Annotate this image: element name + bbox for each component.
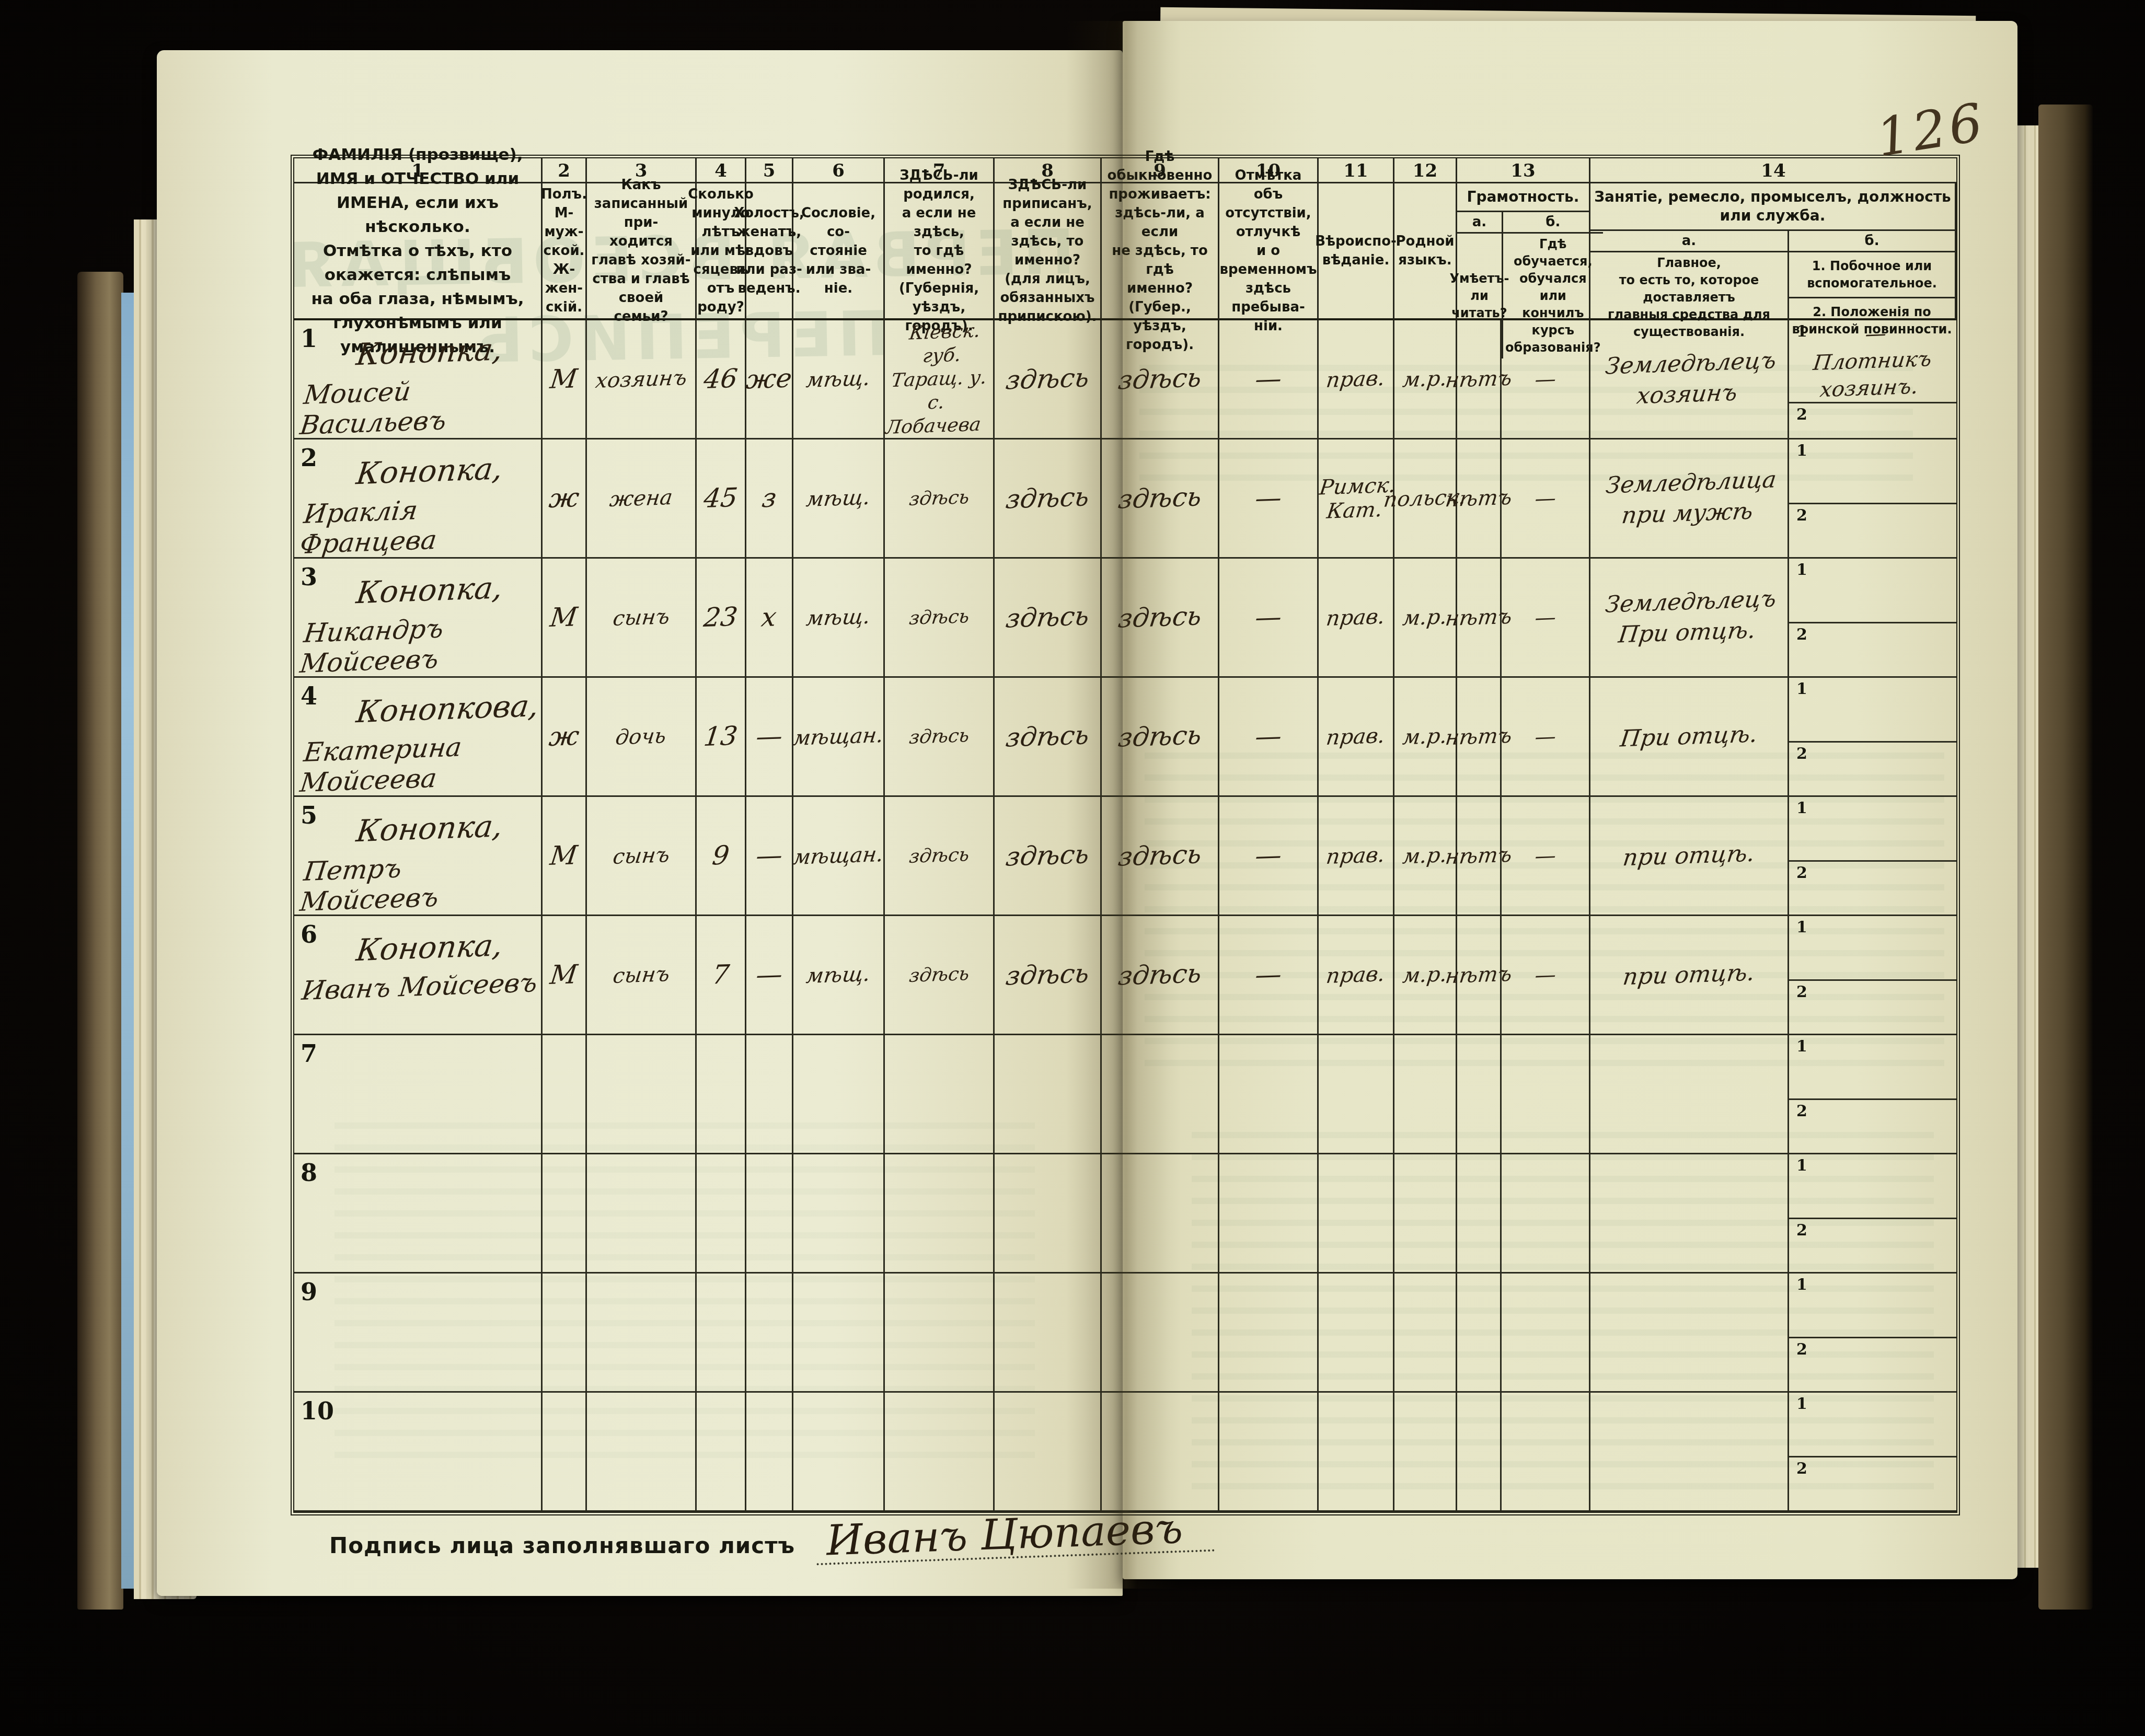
language-value: м.р. [1401,724,1448,749]
registration-value: здѣсь [1004,601,1091,634]
age-value: 45 [702,483,739,514]
sex-value: М [549,364,580,395]
cell-sex [543,1393,587,1512]
cell-sex: ж [543,439,587,559]
cell-registration: здѣсь [995,439,1102,559]
given-name-handwriting [302,1283,541,1291]
cell-reads: нѣтъ [1457,678,1502,797]
cell-study: — [1502,559,1590,678]
subcell-number-1: 1 [1796,1276,1807,1294]
cell-absence [1219,1154,1319,1274]
religion-value: прав. [1325,605,1386,631]
study-value: — [1533,367,1558,391]
cell-relation: сынъ [587,559,697,678]
registration-value: здѣсь [1004,958,1091,991]
cell-estate: мѣщ. [793,320,885,439]
cell-birthplace [885,1154,995,1274]
cell-religion: прав. [1319,559,1394,678]
header-sex: Полъ. М-муж- ской. Ж-жен- скій. [543,183,587,320]
side-occupation-2: 2 [1789,1457,1956,1510]
row-number: 2 [301,444,317,472]
row-number: 6 [301,920,317,948]
cell-residence [1102,1035,1219,1154]
sex-value: М [549,959,580,990]
row-number: 7 [301,1039,317,1068]
estate-value: мѣщан. [792,723,885,750]
column-number: 4 [697,158,746,183]
photo-background: ПЕРВАЯ ВСЕОБЩАЯ ПЕРЕПИСЬ 1 2 3 4 5 6 7 8… [0,0,2145,1736]
header-residence: Гдѣ обыкновенно проживаетъ: здѣсь-ли, а … [1102,183,1219,320]
literacy-b: б. [1503,212,1603,234]
cell-occupation-side: 1 2 [1789,678,1956,797]
cell-age: 46 [697,320,746,439]
cell-relation: сынъ [587,916,697,1035]
column-number: 11 [1319,158,1394,183]
religion-value: прав. [1325,843,1386,869]
subcell-number-2: 2 [1796,745,1807,763]
cell-residence: здѣсь [1102,559,1219,678]
cell-marital [746,1393,793,1512]
given-name-handwriting: Моисей Васильевъ [298,372,545,441]
cell-religion [1319,1274,1394,1393]
cell-occupation-main: Земледѣлица при мужѣ [1590,439,1789,559]
signature: Подпись лица заполнявшаго листъ Иванъ Цю… [329,1515,1214,1558]
registration-value: здѣсь [1004,482,1091,515]
cell-absence [1219,1274,1319,1393]
birthplace-value: здѣсь [907,605,970,630]
cell-marital: же [746,320,793,439]
cell-language [1394,1035,1457,1154]
cell-language [1394,1274,1457,1393]
cell-marital [746,1035,793,1154]
cell-occupation-main [1590,1035,1789,1154]
subcell-number-2: 2 [1796,626,1807,644]
cell-registration: здѣсь [995,320,1102,439]
subcell-number-2: 2 [1796,1221,1807,1240]
cell-estate: мѣщ. [793,439,885,559]
cell-occupation-side: 1 2 [1789,797,1956,916]
cell-occupation-main: при отцѣ. [1590,916,1789,1035]
cell-relation [587,1035,697,1154]
signature-label: Подпись лица заполнявшаго листъ [329,1533,795,1558]
cell-name: 1 Конопка, Моисей Васильевъ [294,320,543,439]
cell-occupation-side: 1 2 [1789,916,1956,1035]
registration-value: здѣсь [1004,363,1091,396]
marital-value: — [754,840,784,871]
occupation-main-value: при отцѣ. [1621,838,1757,873]
cell-registration [995,1035,1102,1154]
cell-name: 10 [294,1393,543,1512]
occupation-main-value: Земледѣлецъ При отцѣ. [1600,583,1778,651]
cell-estate: мѣщ. [793,916,885,1035]
cell-relation: хозяинъ [587,320,697,439]
cell-registration [995,1393,1102,1512]
cell-birthplace: здѣсь [885,797,995,916]
cell-religion: прав. [1319,678,1394,797]
cell-religion: прав. [1319,320,1394,439]
cell-marital [746,1154,793,1274]
side-occupation-1: 1 [1789,1393,1956,1457]
cell-sex [543,1035,587,1154]
age-value: 13 [702,721,739,753]
cell-residence [1102,1154,1219,1274]
registration-value: здѣсь [1004,839,1091,872]
cell-occupation-side: 1 2 [1789,1393,1956,1512]
cell-absence: — [1219,678,1319,797]
birthplace-value: здѣсь [907,843,970,869]
birthplace-value: Кіевск. губ. Таращ. у. с. Лобачева [878,318,1001,439]
marital-value: х [760,602,778,632]
cell-age [697,1393,746,1512]
row-number: 9 [301,1278,317,1306]
literacy-a: а. [1457,212,1502,234]
cell-residence: здѣсь [1102,797,1219,916]
relation-value: хозяинъ [594,365,688,392]
header-relation: Какъ записанный при- ходится главѣ хозяй… [587,183,697,320]
side-occupation-2: 2 [1789,504,1956,557]
column-number: 6 [793,158,885,183]
occupation-main-value: при отцѣ. [1621,957,1757,992]
given-name-handwriting: Ираклія Францева [298,491,545,560]
cell-study [1502,1393,1590,1512]
residence-value: здѣсь [1116,363,1203,396]
cell-residence [1102,1393,1219,1512]
relation-value: сынъ [611,605,671,631]
given-name-handwriting: Петръ Мойсеевъ [298,849,545,917]
cell-name: 9 [294,1274,543,1393]
marital-value: же [745,363,794,395]
surname-handwriting [356,1165,541,1171]
cell-reads [1457,1274,1502,1393]
row-number: 1 [301,325,317,353]
cell-marital: з [746,439,793,559]
cell-birthplace [885,1393,995,1512]
residence-value: здѣсь [1116,958,1203,991]
cell-residence: здѣсь [1102,439,1219,559]
surname-handwriting: Конопка, [354,807,544,849]
study-value: — [1533,724,1558,749]
cell-relation: сынъ [587,797,697,916]
cell-religion [1319,1035,1394,1154]
cell-sex: М [543,797,587,916]
cell-religion: прав. [1319,916,1394,1035]
column-number: 5 [746,158,793,183]
cell-occupation-side: 1 2 [1789,439,1956,559]
cell-study [1502,1154,1590,1274]
side-occupation-2: 2 [1789,623,1956,676]
absence-value: — [1253,721,1283,752]
cell-religion [1319,1154,1394,1274]
subcell-number-2: 2 [1796,406,1807,424]
subcell-number-1: 1 [1796,1156,1807,1175]
side-occupation-2: 2 [1789,981,1956,1034]
sex-value: ж [547,721,581,752]
cell-reads: нѣтъ [1457,559,1502,678]
cell-marital [746,1274,793,1393]
subcell-number-1: 1 [1796,918,1807,936]
estate-value: мѣщ. [805,604,871,630]
study-value: — [1533,486,1558,511]
surname-handwriting [356,1403,541,1409]
given-name-handwriting: Екатерина Мойсеева [298,730,545,798]
sex-value: М [549,602,580,633]
side-occupation-1: 1 [1789,559,1956,623]
header-marital-status: Холостъ, женатъ, вдовъ или раз- веденъ. [746,183,793,320]
row-number: 8 [301,1159,317,1187]
header-literacy: Грамотность. а. Умѣетъ- ли читать? б. Гд… [1457,183,1590,320]
cell-occupation-side: 1 2 [1789,1154,1956,1274]
surname-handwriting [356,1284,541,1290]
subcell-number-1: 1 [1796,1395,1807,1413]
religion-value: прав. [1325,724,1386,750]
subcell-number-1: 1 [1796,322,1807,341]
cell-relation [587,1393,697,1512]
cell-age: 23 [697,559,746,678]
cell-language [1394,1393,1457,1512]
book-cover-left-edge [77,272,123,1610]
cell-reads: нѣтъ [1457,320,1502,439]
cell-occupation-main: Земледѣлецъ При отцѣ. [1590,559,1789,678]
side-occupation-2: 2 [1789,862,1956,915]
cell-reads [1457,1154,1502,1274]
side-occupation-2: 2 [1789,1100,1956,1153]
census-table: 1 2 3 4 5 6 7 8 9 10 11 12 13 14 ФАМИЛІЯ… [291,155,1960,1515]
cell-estate: мѣщан. [793,797,885,916]
cell-estate: мѣщ. [793,559,885,678]
marital-value: — [754,721,784,752]
residence-value: здѣсь [1116,601,1203,634]
cell-birthplace: здѣсь [885,439,995,559]
cell-absence: — [1219,797,1319,916]
cell-sex [543,1154,587,1274]
cell-estate [793,1154,885,1274]
side-occupation-2: 2 [1789,1338,1956,1391]
cell-birthplace: здѣсь [885,678,995,797]
cell-estate [793,1274,885,1393]
header-estate: Сословіе, со- стояніе или зва- ніе. [793,183,885,320]
cell-birthplace [885,1035,995,1154]
header-birthplace: ЗДѢСЬ-ли родился, а если не здѣсь, то гд… [885,183,995,320]
cell-sex: М [543,559,587,678]
occupation-a: а. [1590,231,1787,252]
side-occupation-1-value: — Плотникъ хозяинъ. [1808,318,1936,404]
residence-value: здѣсь [1116,482,1203,515]
cell-reads: нѣтъ [1457,916,1502,1035]
subcell-number-1: 1 [1796,442,1807,460]
surname-handwriting: Конопка, [354,927,544,968]
cell-reads: нѣтъ [1457,439,1502,559]
header-native-language: Родной языкъ. [1394,183,1457,320]
cell-age: 13 [697,678,746,797]
cell-birthplace: здѣсь [885,916,995,1035]
study-value: — [1533,605,1558,630]
residence-value: здѣсь [1116,839,1203,872]
cell-occupation-side: 1 2 [1789,1035,1956,1154]
occupation-main-value: При отцѣ. [1619,719,1759,754]
given-name-handwriting: Никандръ Мойсеевъ [298,610,545,679]
occupation-title: Занятіе, ремесло, промыселъ, должность и… [1590,183,1955,231]
surname-handwriting: Конопка, [354,331,544,372]
subcell-number-2: 2 [1796,506,1807,525]
cell-age [697,1274,746,1393]
given-name-handwriting: Иванъ Мойсеевъ [300,968,543,1006]
cell-study [1502,1035,1590,1154]
row-number: 3 [301,563,317,591]
occupation-b: б. [1789,231,1955,252]
relation-value: сынъ [611,843,671,869]
cell-residence: здѣсь [1102,320,1219,439]
surname-handwriting: Конопка, [354,569,544,610]
estate-value: мѣщан. [792,842,885,870]
subcell-number-2: 2 [1796,1340,1807,1359]
cell-marital: — [746,916,793,1035]
cell-occupation-side: 1 2 [1789,1274,1956,1393]
header-absence-note: Отмѣтка объ отсутствіи, отлучкѣ и о врем… [1219,183,1319,320]
cell-residence [1102,1274,1219,1393]
cell-occupation-main: Земледѣлецъ хозяинъ [1590,320,1789,439]
side-occupation-1: 1 [1789,916,1956,981]
cell-age [697,1035,746,1154]
cell-occupation-main [1590,1393,1789,1512]
religion-value: прав. [1325,962,1386,988]
relation-value: жена [608,485,674,511]
side-occupation-1: 1 — Плотникъ хозяинъ. [1789,320,1956,403]
row-number: 5 [301,801,317,829]
cell-age: 9 [697,797,746,916]
cell-relation [587,1154,697,1274]
cell-estate [793,1393,885,1512]
cell-absence: — [1219,320,1319,439]
given-name-handwriting [302,1402,541,1410]
cell-occupation-main: При отцѣ. [1590,678,1789,797]
cell-study: — [1502,797,1590,916]
subcell-number-1: 1 [1796,1037,1807,1056]
cell-residence: здѣсь [1102,916,1219,1035]
header-name: ФАМИЛІЯ (прозвище), ИМЯ и ОТЧЕСТВО или И… [294,183,543,320]
cell-marital: — [746,797,793,916]
subcell-number-1: 1 [1796,561,1807,579]
cell-sex: ж [543,678,587,797]
marital-value: — [754,959,784,990]
cell-estate [793,1035,885,1154]
cell-name: 5 Конопка, Петръ Мойсеевъ [294,797,543,916]
cell-absence [1219,1393,1319,1512]
estate-value: мѣщ. [805,962,871,988]
side-occupation-1: 1 [1789,797,1956,862]
sex-value: ж [547,483,581,514]
occupation-main-value: Земледѣлецъ хозяинъ [1600,345,1778,413]
cell-name: 8 [294,1154,543,1274]
cell-study: — [1502,439,1590,559]
cell-birthplace: Кіевск. губ. Таращ. у. с. Лобачева [885,320,995,439]
subcell-number-2: 2 [1796,1102,1807,1120]
blue-page-edge [121,293,135,1589]
relation-value: дочь [614,724,667,749]
absence-value: — [1253,840,1283,871]
cell-registration [995,1154,1102,1274]
cell-name: 4 Конопкова, Екатерина Мойсеева [294,678,543,797]
cell-religion: прав. [1319,797,1394,916]
cell-age [697,1154,746,1274]
estate-value: мѣщ. [805,485,871,511]
cell-religion: Римск. Кат. [1319,439,1394,559]
cell-name: 6 Конопка, Иванъ Мойсеевъ [294,916,543,1035]
cell-registration: здѣсь [995,678,1102,797]
subcell-number-1: 1 [1796,680,1807,698]
cell-age: 45 [697,439,746,559]
cell-absence: — [1219,439,1319,559]
side-occupation-2: 2 [1789,743,1956,795]
side-occupation-2: 2 [1789,1219,1956,1272]
side-occupation-1: 1 [1789,678,1956,743]
row-number: 10 [301,1397,334,1425]
cell-residence: здѣсь [1102,678,1219,797]
cell-occupation-main: при отцѣ. [1590,797,1789,916]
study-value: — [1533,843,1558,868]
language-value: м.р. [1401,366,1448,392]
cell-sex: М [543,916,587,1035]
side-occupation-2: 2 [1789,403,1956,438]
subcell-number-1: 1 [1796,799,1807,817]
cell-absence [1219,1035,1319,1154]
subcell-number-2: 2 [1796,864,1807,882]
cell-relation: дочь [587,678,697,797]
study-value: — [1533,963,1558,987]
column-number: 2 [543,158,587,183]
side-occupation-1: 1 [1789,439,1956,504]
header-occupation: Занятіе, ремесло, промыселъ, должность и… [1590,183,1956,320]
given-name-handwriting [302,1045,541,1053]
age-value: 9 [710,840,731,871]
cell-marital: х [746,559,793,678]
birthplace-value: здѣсь [907,724,970,749]
subcell-number-2: 2 [1796,1460,1807,1478]
age-value: 46 [702,364,739,395]
absence-value: — [1253,483,1283,514]
surname-handwriting: Конопка, [354,450,544,491]
marital-value: з [760,483,778,513]
cell-study: — [1502,678,1590,797]
age-value: 23 [702,602,739,633]
column-number: 12 [1394,158,1457,183]
cell-marital: — [746,678,793,797]
given-name-handwriting [302,1164,541,1172]
cell-occupation-main [1590,1274,1789,1393]
header-registration: ЗДѢСЬ-ли приписанъ, а если не здѣсь, то … [995,183,1102,320]
relation-value: сынъ [611,962,671,988]
cell-reads: нѣтъ [1457,797,1502,916]
age-value: 7 [710,959,731,990]
language-value: м.р. [1401,843,1448,869]
cell-study: — [1502,916,1590,1035]
column-number: 13 [1457,158,1590,183]
subcell-number-2: 2 [1796,983,1807,1001]
signature-handwriting: Иванъ Цюпаевъ [815,1509,1215,1566]
cell-absence: — [1219,916,1319,1035]
cell-registration: здѣсь [995,797,1102,916]
cell-name: 2 Конопка, Ираклія Францева [294,439,543,559]
language-value: м.р. [1401,605,1448,630]
cell-birthplace [885,1274,995,1393]
absence-value: — [1253,602,1283,633]
cell-birthplace: здѣсь [885,559,995,678]
cell-study [1502,1274,1590,1393]
cell-name: 7 [294,1035,543,1154]
absence-value: — [1253,959,1283,990]
cell-reads [1457,1393,1502,1512]
cell-relation [587,1274,697,1393]
religion-value: прав. [1325,366,1386,392]
